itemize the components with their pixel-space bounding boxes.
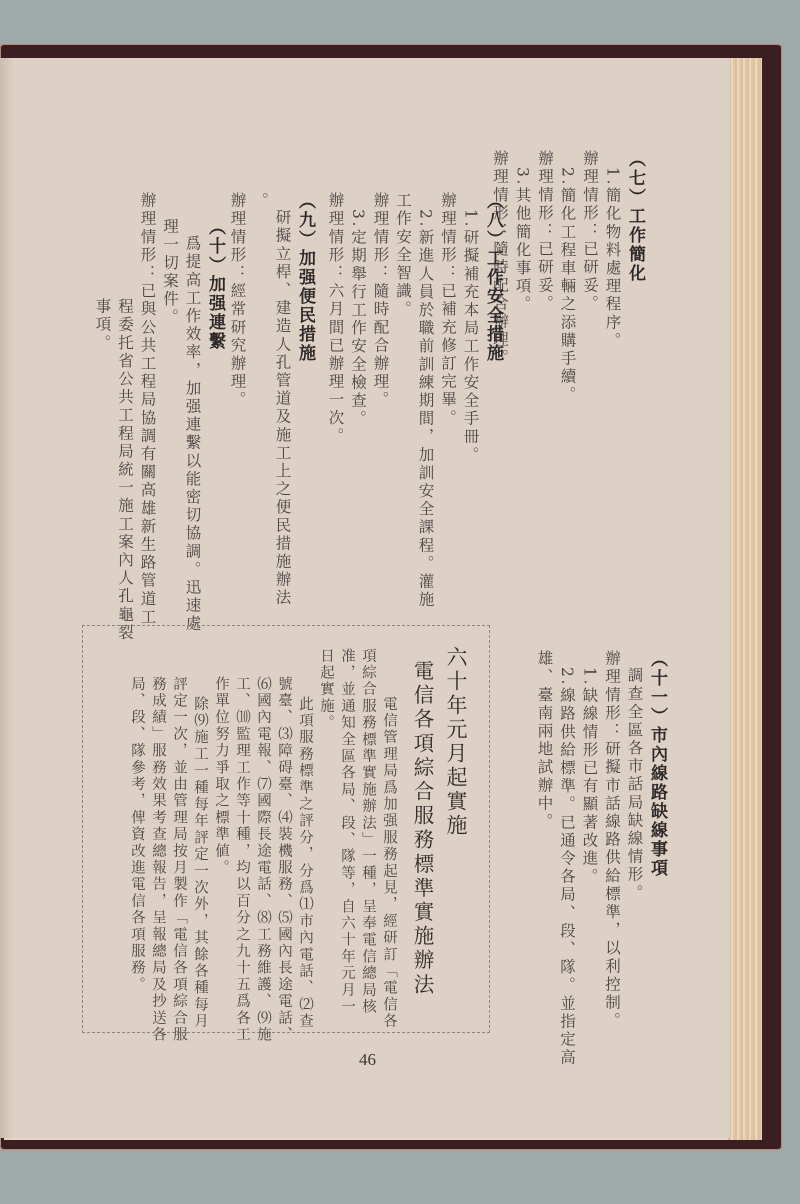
text-line: 辦理情形：已補充修訂完畢。 [437, 192, 460, 612]
text-line: 事項。 [91, 218, 114, 618]
text-line: 1.研擬補充本局工作安全手冊。 [459, 192, 482, 612]
text-line: 除⑼施工一種每年評定一次外，其餘各種每月 [189, 676, 210, 1016]
text-line: 。 [249, 192, 272, 612]
text-line: 局、段、隊參考，俾資改進電信各項服務。 [126, 676, 147, 1016]
text-line: 3.其他簡化事項。 [511, 150, 534, 610]
notice-title: 電信各項綜合服務標準實施辦法 [407, 660, 437, 997]
notice-box: 六十年元月起實施 電信各項綜合服務標準實施辦法 電信管理局爲加强服務起見，經研訂… [82, 625, 490, 1033]
notice-body: 電信管理局爲加强服務起見，經研訂「電信各 項綜合服務標準實施辦法」一種，呈奉電信… [126, 676, 399, 1016]
section-nine: （九）加强便民措施 研擬立桿、建造人孔管道及施工上之便民措施辦法 。 辦理情形：… [226, 192, 316, 612]
section-eleven: （十一）市內線路缺線事項 調查全區各市話局缺線情形。 辦理情形：研擬市話線路供給… [533, 650, 668, 1050]
text-line: 日起實施。 [315, 648, 336, 1016]
text-line: 項綜合服務標準實施辦法」一種，呈奉電信總局核 [357, 648, 378, 1016]
page-edges [728, 58, 761, 1140]
section-eight: （八）工作安全措施 1.研擬補充本局工作安全手冊。 辦理情形：已補充修訂完畢。 … [324, 192, 504, 612]
section-heading: （七）工作簡化 [624, 150, 647, 610]
text-line: 研擬立桿、建造人孔管道及施工上之便民措施辦法 [271, 192, 294, 612]
text-line: 評定一次，並由管理局按月製作「電信各項綜合服 [168, 676, 189, 1016]
section-heading: （九）加强便民措施 [294, 192, 317, 612]
section-heading: （十一）市內線路缺線事項 [646, 650, 669, 1050]
notice-subtitle: 六十年元月起實施 [441, 646, 471, 838]
text-line: 電信管理局爲加强服務起見，經研訂「電信各 [378, 676, 399, 1016]
text-line: 務成績」服務效果考查總報告，呈報總局及抄送各 [147, 676, 168, 1016]
text-line: 調查全區各市話局缺線情形。 [623, 650, 646, 1050]
text-line: 爲提高工作效率，加强連繫以能密切協調。迅速處 [181, 218, 204, 618]
text-line: ⑹國內電報、⑺國際長途電話、⑻工務維護、⑼施 [252, 676, 273, 1016]
section-heading: （八）工作安全措施 [482, 192, 505, 612]
text-line: 辦理情形：已與公共工程局協調有關高雄新生路管道工 [136, 192, 159, 618]
section-heading: （十）加强連繫 [204, 218, 227, 618]
text-line: 理一切案件。 [159, 218, 182, 618]
text-line: 辦理情形：已研妥。 [534, 150, 557, 610]
text-line: 作單位努力爭取之標準値。 [210, 676, 231, 1016]
text-line: 辦理情形：隨時配合辦理。 [369, 192, 392, 612]
text-line: 2.簡化工程車輛之添購手續。 [556, 150, 579, 610]
text-line: 3.定期舉行工作安全檢查。 [347, 192, 370, 612]
page-number: 46 [359, 1050, 376, 1070]
text-line: 1.缺線情形已有顯著改進。 [578, 650, 601, 1050]
text-line: 號臺、⑶障碍臺、⑷裝機服務、⑸國內長途電話、 [273, 676, 294, 1016]
text-line: 雄、臺南兩地試辦中。 [533, 650, 556, 1050]
text-line: 1.簡化物料處理程序。 [601, 150, 624, 610]
spine-shadow [0, 58, 14, 1138]
section-seven: （七）工作簡化 1.簡化物料處理程序。 辦理情形：已研妥。 2.簡化工程車輛之添… [489, 150, 647, 610]
text-line: 辦理情形：研擬市話線路供給標準，以利控制。 [601, 650, 624, 1050]
section-ten: （十）加强連繫 爲提高工作效率，加强連繫以能密切協調。迅速處 理一切案件。 辦理… [91, 218, 226, 618]
text-line: 程委托省公共工程局統一施工案內人孔龜裂 [114, 218, 137, 618]
text-line: 辦理情形：已研妥。 [579, 150, 602, 610]
text-line: 准，並通知全區各局、段、隊等，自六十年元月一 [336, 648, 357, 1016]
text-line: 2.新進人員於職前訓練期間，加訓安全課程。灌施 [414, 192, 437, 612]
text-line: 辦理情形：經常研究辦理。 [226, 192, 249, 612]
text-line: 工、⑽監理工作等十種，均以百分之九十五爲各工 [231, 676, 252, 1016]
text-line: 2.線路供給標準。已通令各局、段、隊。並指定高 [556, 650, 579, 1050]
text-line: 此項服務標準之評分，分爲⑴市內電話、⑵查 [294, 676, 315, 1016]
text-line: 工作安全智識。 [392, 192, 415, 612]
text-line: 辦理情形：六月間已辦理一次。 [324, 192, 347, 612]
